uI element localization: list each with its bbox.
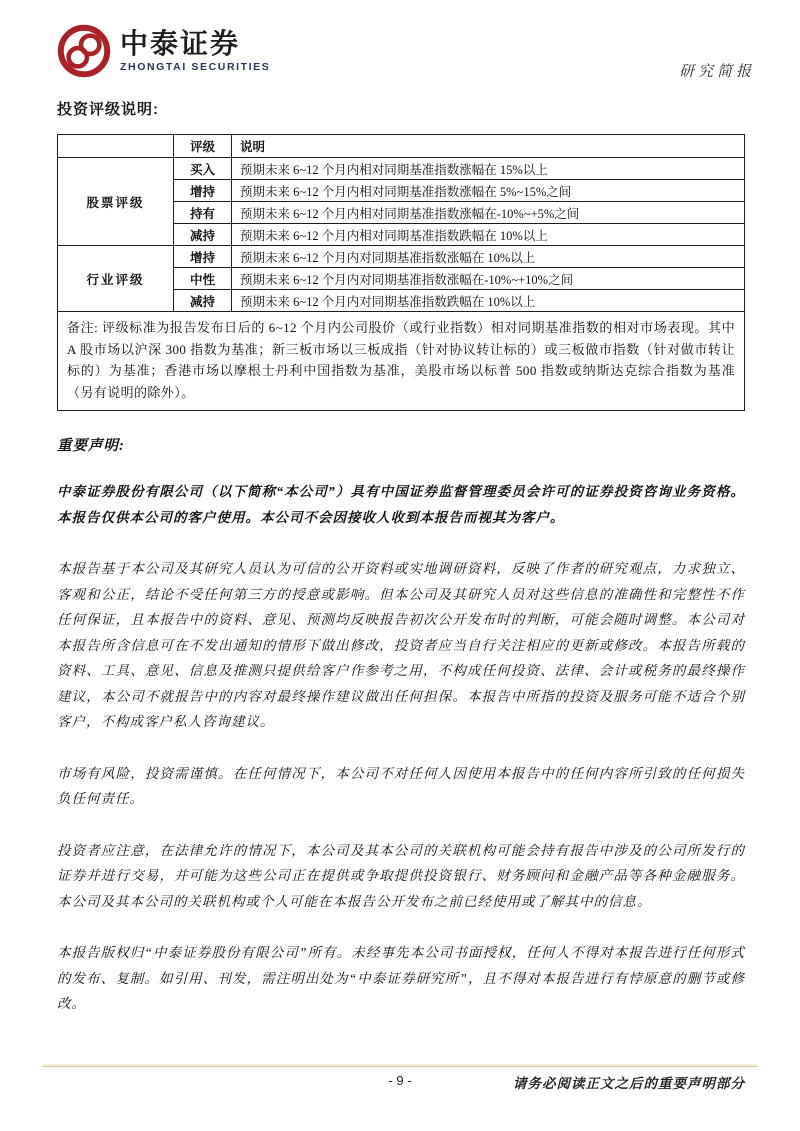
header-description-cell: 说明 bbox=[232, 135, 745, 158]
rating-note: 备注: 评级标准为报告发布日后的 6~12 个月内公司股价（或行业指数）相对同期… bbox=[58, 312, 745, 411]
rating-label: 持有 bbox=[174, 202, 232, 224]
rating-label: 减持 bbox=[174, 290, 232, 312]
statement-paragraph: 本报告基于本公司及其研究人员认为可信的公开资料或实地调研资料，反映了作者的研究观… bbox=[57, 556, 745, 735]
rating-table: 评级 说明 股票评级 买入 预期未来 6~12 个月内相对同期基准指数涨幅在 1… bbox=[57, 134, 745, 411]
rating-description: 预期未来 6~12 个月内相对同期基准指数涨幅在 15%以上 bbox=[232, 158, 745, 180]
report-type-label: 研究简报 bbox=[679, 60, 755, 81]
rating-section-title: 投资评级说明: bbox=[57, 98, 159, 119]
statement-paragraph: 中泰证券股份有限公司（以下简称“本公司”）具有中国证券监督管理委员会许可的证券投… bbox=[57, 479, 745, 530]
footer-divider bbox=[42, 1064, 758, 1067]
category-stock: 股票评级 bbox=[58, 158, 174, 246]
statement-paragraph: 投资者应注意，在法律允许的情况下，本公司及其本公司的关联机构可能会持有报告中涉及… bbox=[57, 838, 745, 915]
important-statement-section: 重要声明: 中泰证券股份有限公司（以下简称“本公司”）具有中国证券监督管理委员会… bbox=[57, 434, 745, 1043]
table-note-row: 备注: 评级标准为报告发布日后的 6~12 个月内公司股价（或行业指数）相对同期… bbox=[58, 312, 745, 411]
rating-description: 预期未来 6~12 个月内对同期基准指数涨幅在-10%~+10%之间 bbox=[232, 268, 745, 290]
brand-logo: 中泰证券 ZHONGTAI SECURITIES bbox=[57, 24, 270, 78]
footer-notice: 请务必阅读正文之后的重要声明部分 bbox=[513, 1072, 745, 1092]
table-row: 股票评级 买入 预期未来 6~12 个月内相对同期基准指数涨幅在 15%以上 bbox=[58, 158, 745, 180]
rating-label: 增持 bbox=[174, 246, 232, 268]
statement-paragraph: 市场有风险，投资需谨慎。在任何情况下，本公司不对任何人因使用本报告中的任何内容所… bbox=[57, 761, 745, 812]
statement-paragraph: 本报告版权归“中泰证券股份有限公司”所有。未经事先本公司书面授权，任何人不得对本… bbox=[57, 940, 745, 1017]
category-industry: 行业评级 bbox=[58, 246, 174, 312]
brand-name-en: ZHONGTAI SECURITIES bbox=[120, 61, 270, 73]
rating-table-header-row: 评级 说明 bbox=[58, 135, 745, 158]
table-row: 行业评级 增持 预期未来 6~12 个月内对同期基准指数涨幅在 10%以上 bbox=[58, 246, 745, 268]
brand-name-cn: 中泰证券 bbox=[120, 29, 270, 59]
rating-label: 增持 bbox=[174, 180, 232, 202]
rating-label: 中性 bbox=[174, 268, 232, 290]
statement-title: 重要声明: bbox=[57, 434, 745, 455]
header-category-cell bbox=[58, 135, 174, 158]
rating-description: 预期未来 6~12 个月内对同期基准指数跌幅在 10%以上 bbox=[232, 290, 745, 312]
header-rating-cell: 评级 bbox=[174, 135, 232, 158]
rating-description: 预期未来 6~12 个月内对同期基准指数涨幅在 10%以上 bbox=[232, 246, 745, 268]
rating-description: 预期未来 6~12 个月内相对同期基准指数跌幅在 10%以上 bbox=[232, 224, 745, 246]
rating-description: 预期未来 6~12 个月内相对同期基准指数涨幅在-10%~+5%之间 bbox=[232, 202, 745, 224]
rating-label: 买入 bbox=[174, 158, 232, 180]
zhongtai-emblem-icon bbox=[57, 24, 111, 78]
brand-text: 中泰证券 ZHONGTAI SECURITIES bbox=[120, 29, 270, 73]
rating-description: 预期未来 6~12 个月内相对同期基准指数涨幅在 5%~15%之间 bbox=[232, 180, 745, 202]
rating-label: 减持 bbox=[174, 224, 232, 246]
